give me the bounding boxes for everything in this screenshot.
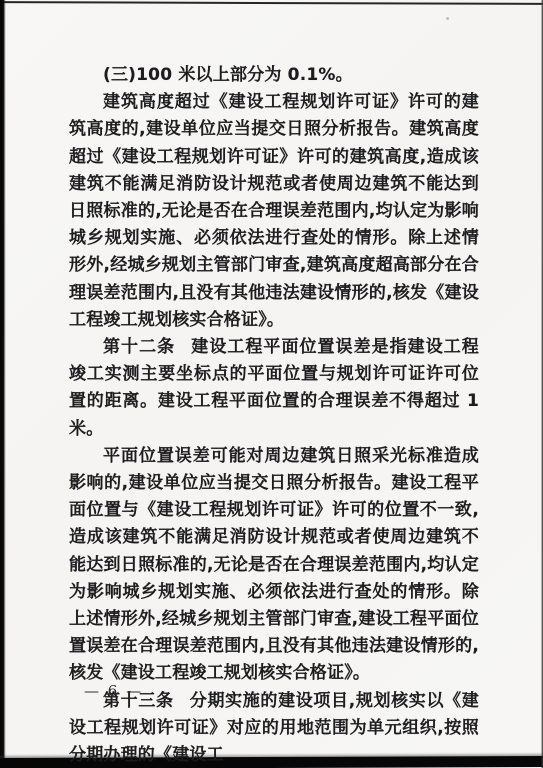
scan-noise-speck (446, 17, 449, 20)
document-body-text: (三)100 米以上部分为 0.1%。 建筑高度超过《建设工程规划许可证》许可的… (69, 62, 479, 768)
list-item-clause-3: (三)100 米以上部分为 0.1%。 (69, 62, 479, 89)
paragraph-article-12: 第十二条建设工程平面位置误差是指建设工程竣工实测主要坐标点的平面位置与规划许可证… (69, 334, 479, 443)
article-12-heading: 第十二条 (103, 337, 175, 357)
scan-edge-left-artifact (0, 0, 6, 768)
scanned-document-page: (三)100 米以上部分为 0.1%。 建筑高度超过《建设工程规划许可证》许可的… (0, 0, 543, 768)
scan-edge-top-artifact (0, 1, 543, 5)
paragraph-building-height: 建筑高度超过《建设工程规划许可证》许可的建筑高度的,建设单位应当提交日照分析报告… (69, 89, 479, 334)
paragraph-plan-position-error: 平面位置误差可能对周边建筑日照采光标准造成影响的,建设单位应当提交日照分析报告。… (69, 443, 479, 688)
page-number: — 6 — (84, 682, 143, 700)
